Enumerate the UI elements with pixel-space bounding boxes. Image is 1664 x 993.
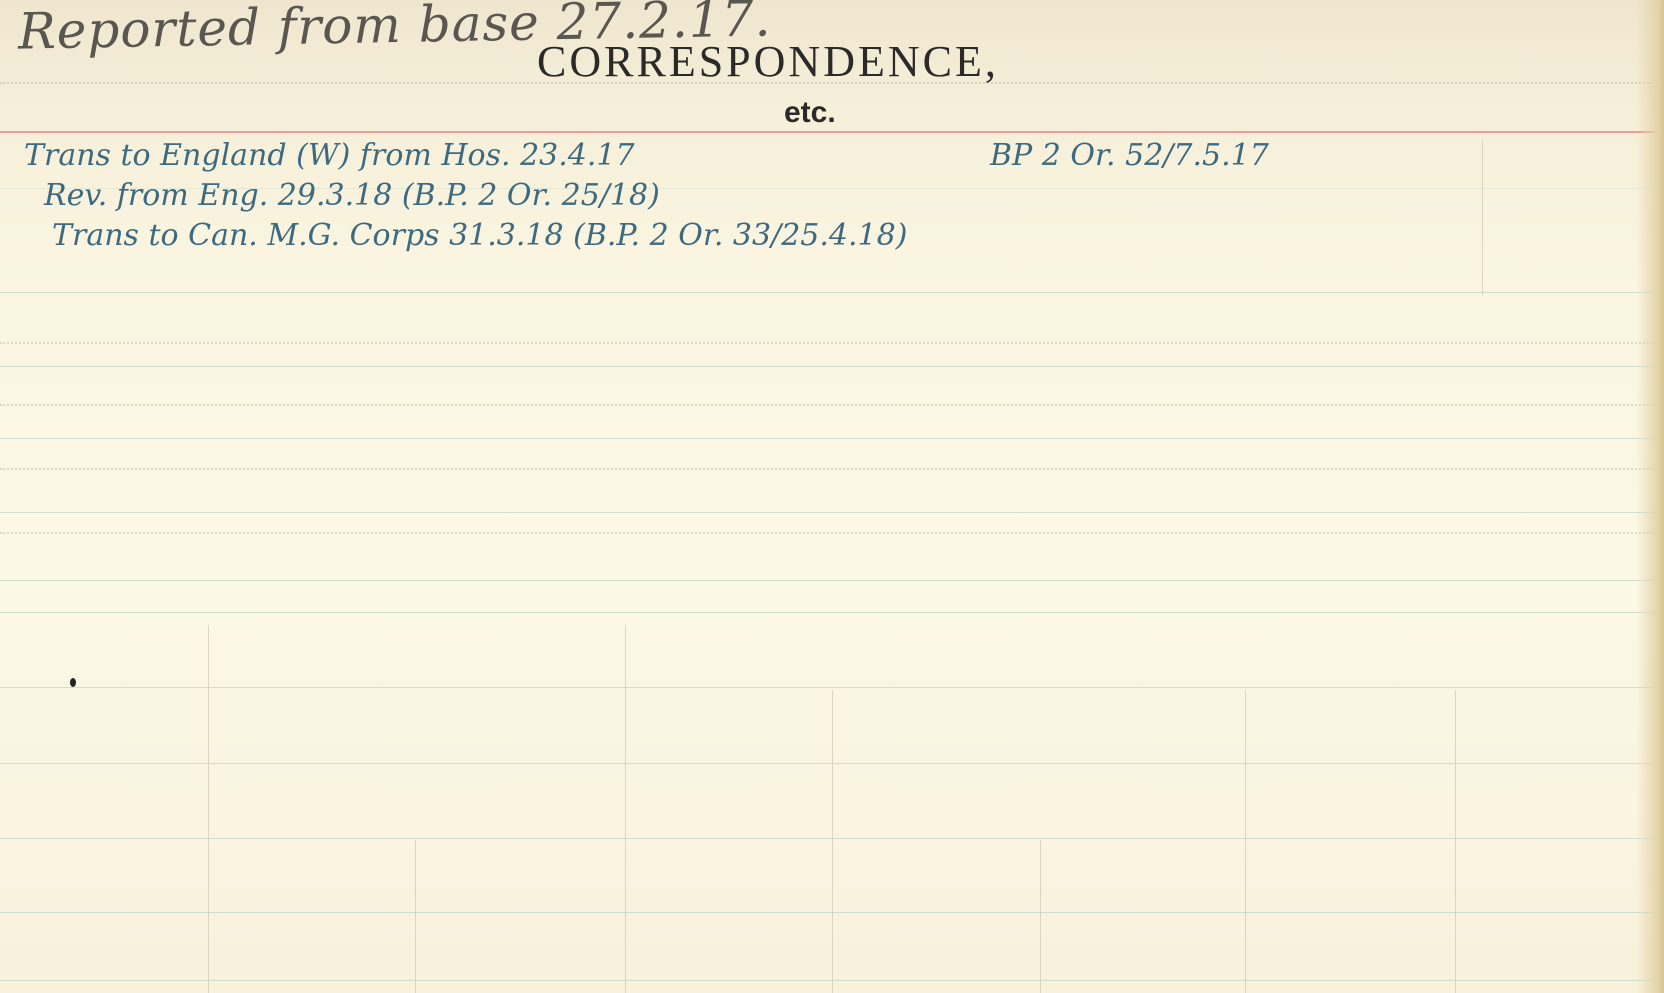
column-line [625, 625, 626, 993]
record-card: CORRESPONDENCE, etc. Reported from base … [0, 0, 1664, 993]
column-line [1482, 140, 1483, 295]
printed-subtitle: etc. [784, 96, 836, 130]
handwritten-entry-2: Rev. from Eng. 29.3.18 (B.P. 2 Or. 25/18… [44, 178, 660, 213]
ruled-line [0, 438, 1664, 439]
faint-dotted-rule [0, 468, 1664, 470]
column-line [1245, 690, 1246, 993]
ruled-line [0, 612, 1664, 613]
ruled-line [0, 366, 1664, 367]
handwritten-entry-1: Trans to England (W) from Hos. 23.4.17 [24, 138, 635, 173]
ruled-line [0, 512, 1664, 513]
column-line [415, 840, 416, 993]
red-header-rule [0, 131, 1664, 133]
column-line [208, 625, 209, 993]
ink-speck [70, 678, 76, 687]
faint-dotted-rule [0, 404, 1664, 406]
column-line [1455, 690, 1456, 993]
column-line [1040, 840, 1041, 993]
ruled-line [0, 580, 1664, 581]
ruled-line [0, 292, 1664, 293]
faint-dotted-rule [0, 532, 1664, 534]
handwritten-entry-3: Trans to Can. M.G. Corps 31.3.18 (B.P. 2… [52, 218, 907, 253]
ruled-line [0, 687, 1664, 688]
column-line [832, 690, 833, 993]
faint-dotted-rule [0, 342, 1664, 344]
handwritten-entry-1-reference: BP 2 Or. 52/7.5.17 [990, 138, 1269, 173]
